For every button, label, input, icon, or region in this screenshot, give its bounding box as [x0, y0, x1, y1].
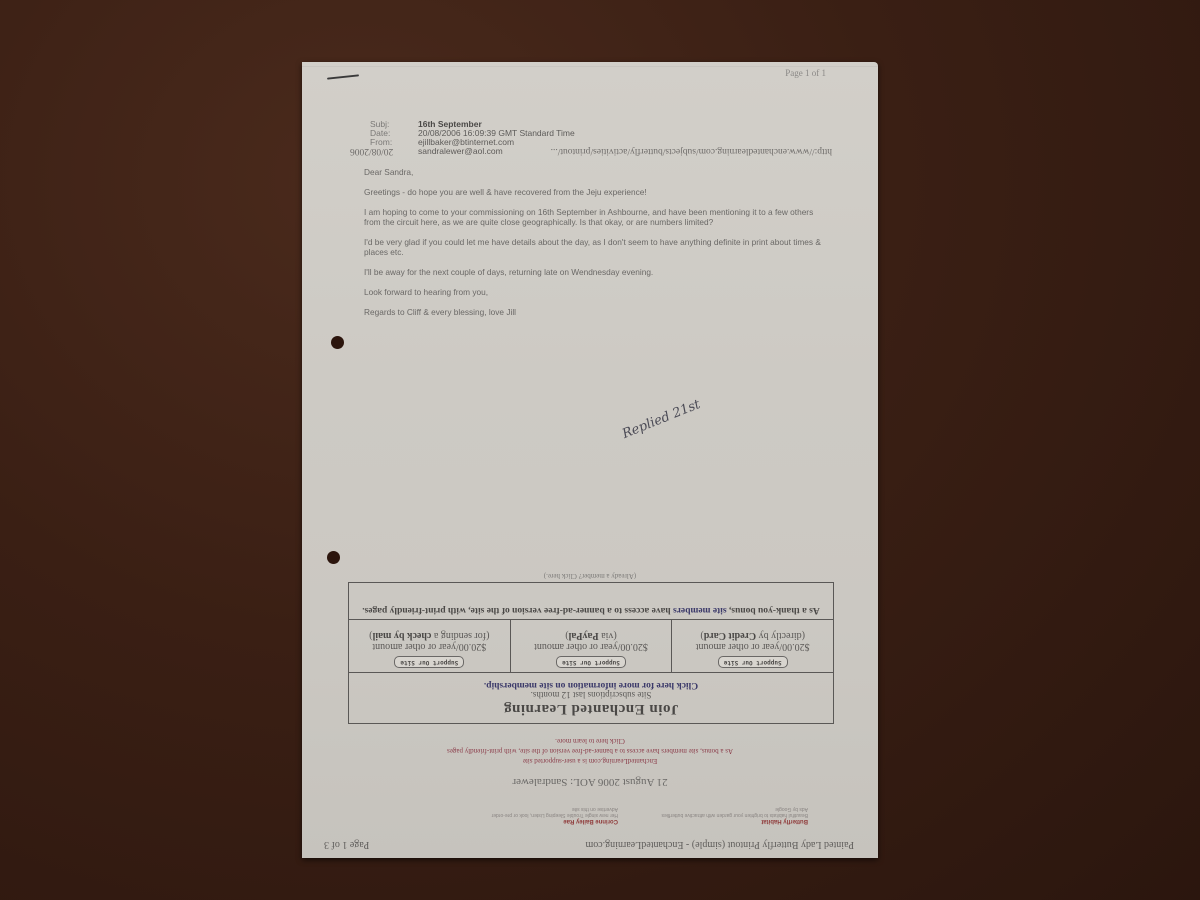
header-to: To: sandralewer@aol.com — [370, 147, 575, 156]
email-body: Dear Sandra, Greetings - do hope you are… — [364, 167, 824, 327]
payment-option-check: Support Our Site $20.00/year or other am… — [349, 620, 510, 672]
page-number-top: Page 1 of 1 — [785, 68, 826, 78]
payment-option-paypal: Support Our Site $20.00/year or other am… — [510, 620, 672, 672]
paragraph: I am hoping to come to your commissionin… — [364, 207, 824, 227]
pen-mark — [327, 74, 359, 79]
membership-link: Click here for more information on site … — [349, 680, 833, 690]
membership-box: Join Enchanted Learning Site subscriptio… — [348, 582, 834, 724]
upside-down-printout: Painted Lady Butterfly Printout (simple)… — [302, 532, 878, 858]
printout-footer: Painted Lady Butterfly Printout (simple)… — [324, 839, 854, 850]
paragraph: Greetings - do hope you are well & have … — [364, 187, 824, 197]
printout-page: Page 1 of 3 — [324, 839, 369, 850]
payment-option-credit-card: Support Our Site $20.00/year or other am… — [671, 620, 833, 672]
membership-title: Join Enchanted Learning — [349, 700, 833, 723]
payment-options: Support Our Site $20.00/year or other am… — [349, 619, 833, 672]
email-header: Subj: 16th September Date: 20/08/2006 16… — [370, 120, 575, 156]
paragraph: I'd be very glad if you could let me hav… — [364, 237, 824, 257]
membership-subtitle: Site subscriptions last 12 months. — [349, 690, 833, 700]
print-date-line: 21 August 2006 AOL: Sandralewer — [302, 776, 878, 788]
fold-line — [302, 66, 878, 67]
support-button: Support Our Site — [718, 656, 788, 668]
salutation: Dear Sandra, — [364, 167, 824, 177]
printed-page: Page 1 of 1 http://www.enchantedlearning… — [302, 62, 878, 858]
support-button: Support Our Site — [556, 656, 626, 668]
handwritten-note: Replied 21st — [620, 397, 702, 442]
ad-item: Butterfly Habitat Beautiful habitats to … — [658, 806, 808, 824]
already-member-link: (Already a member? Click here.) — [302, 572, 878, 580]
paragraph: Look forward to hearing from you, — [364, 287, 824, 297]
ad-item: Corinne Bailey Rae Her new single Troubl… — [468, 806, 618, 824]
membership-bonus: As a thank-you bonus, site members have … — [349, 604, 833, 619]
paragraph: I'll be away for the next couple of days… — [364, 267, 824, 277]
punch-hole-top — [331, 336, 344, 349]
printout-title: Painted Lady Butterfly Printout (simple)… — [585, 839, 854, 850]
bleed-through-url: http://www.enchantedlearning.com/subject… — [551, 146, 832, 156]
support-button: Support Our Site — [394, 656, 464, 668]
promo-text: EnchantedLearning.com is a user-supporte… — [302, 736, 878, 766]
membership-title-area: Join Enchanted Learning Site subscriptio… — [349, 672, 833, 723]
sign-off: Regards to Cliff & every blessing, love … — [364, 307, 824, 317]
